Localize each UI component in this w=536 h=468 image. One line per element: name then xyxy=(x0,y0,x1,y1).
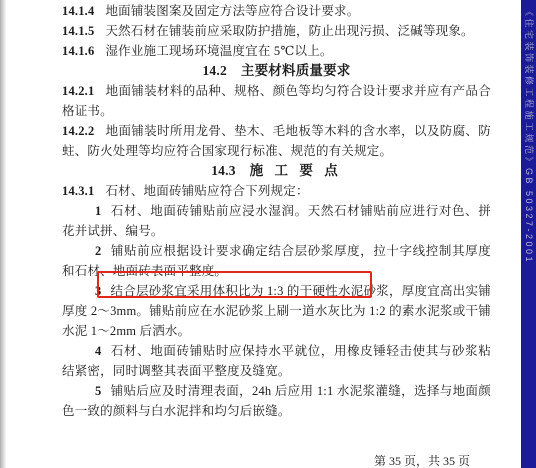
clause-14-2-2: 14.2.2地面铺装时所用龙骨、垫木、毛地板等木料的含水率，以及防腐、防蛀、防火… xyxy=(62,121,491,161)
item-text: 结合层砂浆宜采用体积比为 1:3 的干硬性水泥砂浆，厚度宜高出实铺厚度 2～3m… xyxy=(62,284,491,338)
item-number: 3 xyxy=(95,284,101,298)
clause-14-1-4: 14.1.4地面铺装图案及固定方法等应符合设计要求。 xyxy=(62,1,491,21)
clause-number: 14.3.1 xyxy=(62,184,94,198)
clause-text: 石材、地面砖铺贴应符合下列规定： xyxy=(105,184,308,198)
document-page: 14.1.4地面铺装图案及固定方法等应符合设计要求。 14.1.5天然石材在铺装… xyxy=(0,0,536,468)
section-heading-14-2: 14.2主要材料质量要求 xyxy=(62,61,491,81)
list-item-3: 3结合层砂浆宜采用体积比为 1:3 的干硬性水泥砂浆，厚度宜高出实铺厚度 2～3… xyxy=(62,281,491,341)
list-item-5: 5铺贴后应及时清理表面，24h 后应用 1:1 水泥浆灌缝，选择与地面颜色一致的… xyxy=(62,381,491,421)
list-item-4: 4石材、地面砖铺贴时应保持水平就位，用橡皮锤轻击使其与砂浆粘结紧密，同时调整其表… xyxy=(62,341,491,381)
sidebar-vertical-text: 《住宅装饰装修工程施工规范》GB 50327-2001 xyxy=(523,7,534,264)
page-left-edge xyxy=(0,0,6,468)
clause-number: 14.2.2 xyxy=(62,124,94,138)
right-sidebar: 《住宅装饰装修工程施工规范》GB 50327-2001 xyxy=(521,0,536,468)
clause-14-1-5: 14.1.5天然石材在铺装前应采取防护措施，防止出现污损、泛碱等现象。 xyxy=(62,21,491,41)
document-content: 14.1.4地面铺装图案及固定方法等应符合设计要求。 14.1.5天然石材在铺装… xyxy=(62,1,491,421)
heading-number: 14.3 xyxy=(211,163,235,178)
clause-number: 14.1.6 xyxy=(62,44,94,58)
list-item-1: 1石材、地面砖铺贴前应浸水湿润。天然石材铺贴前应进行对色、拼花并试拼、编号。 xyxy=(62,201,491,241)
clause-text: 天然石材在铺装前应采取防护措施，防止出现污损、泛碱等现象。 xyxy=(105,24,473,38)
item-text: 石材、地面砖铺贴时应保持水平就位，用橡皮锤轻击使其与砂浆粘结紧密，同时调整其表面… xyxy=(62,344,491,378)
item-number: 5 xyxy=(95,384,101,398)
clause-14-2-1: 14.2.1地面铺装材料的品种、规格、颜色等均匀符合设计要求并应有产品合格证书。 xyxy=(62,81,491,121)
clause-14-1-6: 14.1.6湿作业施工现场环境温度宜在 5℃以上。 xyxy=(62,41,491,61)
clause-number: 14.2.1 xyxy=(62,84,94,98)
clause-text: 地面铺装时所用龙骨、垫木、毛地板等木料的含水率，以及防腐、防蛀、防火处理等均应符… xyxy=(62,124,491,158)
clause-text: 湿作业施工现场环境温度宜在 5℃以上。 xyxy=(105,44,332,58)
heading-number: 14.2 xyxy=(202,63,226,78)
page-number: 第 35 页，共 35 页 xyxy=(374,454,470,468)
clause-text: 地面铺装图案及固定方法等应符合设计要求。 xyxy=(105,4,359,18)
item-text: 铺贴后应及时清理表面，24h 后应用 1:1 水泥浆灌缝，选择与地面颜色一致的颜… xyxy=(62,384,491,418)
item-number: 4 xyxy=(95,344,101,358)
item-number: 2 xyxy=(95,244,101,258)
item-number: 1 xyxy=(95,204,101,218)
section-heading-14-3: 14.3施 工 要 点 xyxy=(62,161,491,181)
heading-title: 施 工 要 点 xyxy=(250,163,342,178)
item-text: 石材、地面砖铺贴前应浸水湿润。天然石材铺贴前应进行对色、拼花并试拼、编号。 xyxy=(62,204,491,238)
clause-14-3-1: 14.3.1石材、地面砖铺贴应符合下列规定： xyxy=(62,181,491,201)
list-item-2: 2铺贴前应根据设计要求确定结合层砂浆厚度，拉十字线控制其厚度和石材、地面砖表面平… xyxy=(62,241,491,281)
heading-title: 主要材料质量要求 xyxy=(241,63,351,78)
clause-text: 地面铺装材料的品种、规格、颜色等均匀符合设计要求并应有产品合格证书。 xyxy=(62,84,491,118)
clause-number: 14.1.5 xyxy=(62,24,94,38)
item-text: 铺贴前应根据设计要求确定结合层砂浆厚度，拉十字线控制其厚度和石材、地面砖表面平整… xyxy=(62,244,491,278)
clause-number: 14.1.4 xyxy=(62,4,94,18)
